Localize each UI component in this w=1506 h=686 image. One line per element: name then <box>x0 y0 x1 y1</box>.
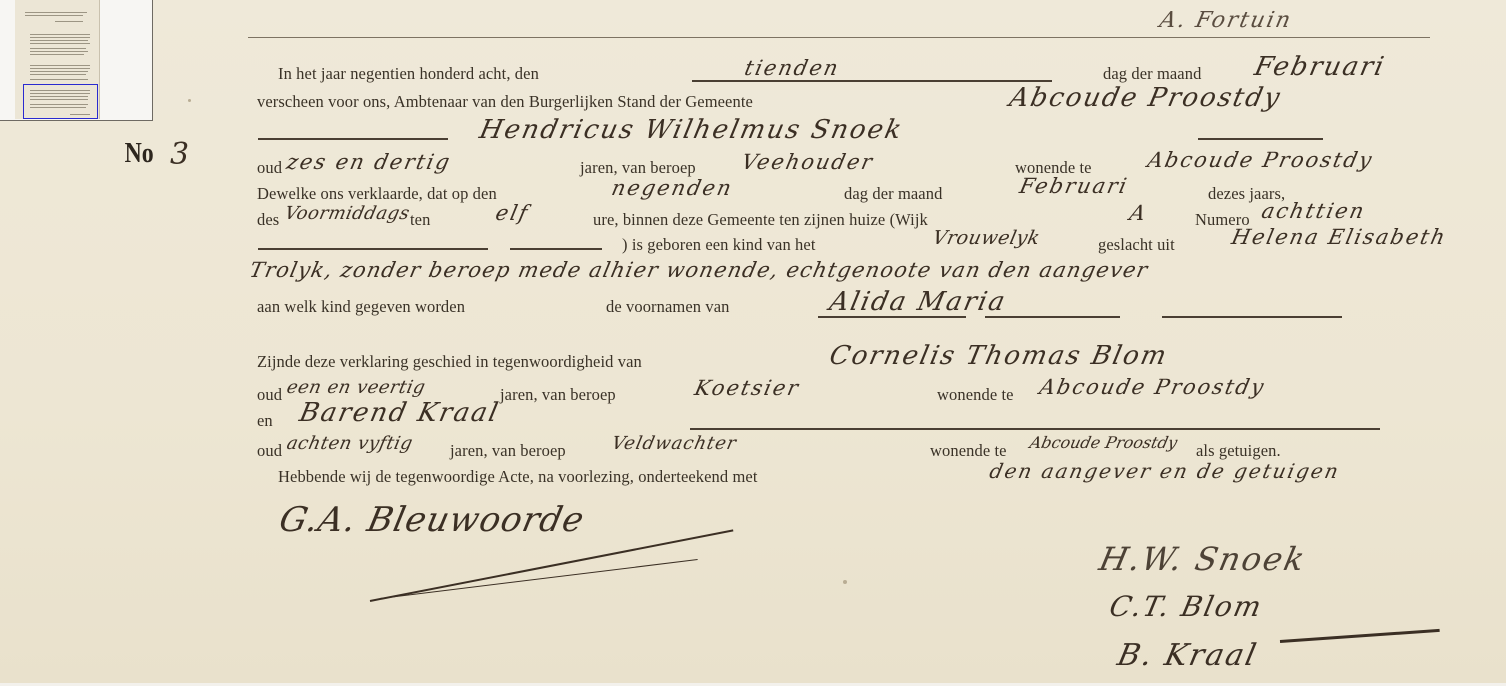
print-text: wonende te <box>937 385 1014 405</box>
print-text: Zijnde deze verklaring geschied in tegen… <box>257 352 642 372</box>
section-divider <box>248 37 1430 38</box>
print-text: verscheen voor ons, Ambtenaar van den Bu… <box>257 92 753 112</box>
signature-flourish <box>1280 629 1440 643</box>
print-text: jaren, van beroep <box>450 441 566 461</box>
hand-house-number: achttien <box>1259 199 1367 223</box>
fill-line <box>690 428 1380 430</box>
hand-daypart: Voormiddags <box>283 203 412 224</box>
record-number: 3 <box>170 137 189 172</box>
hand-witness1-occupation: Koetsier <box>692 376 802 400</box>
record-number-label: No <box>125 138 154 170</box>
hand-mother-name: Helena Elisabeth <box>1229 225 1449 249</box>
hand-month: Februari <box>1252 52 1388 82</box>
fill-line <box>258 248 488 250</box>
minimap-navigator[interactable] <box>0 0 153 121</box>
hand-day: tienden <box>742 56 842 80</box>
hand-witness1-age: een en veertig <box>285 377 428 398</box>
signature-flourish <box>370 529 734 602</box>
signature-witness1: C.T. Blom <box>1106 590 1266 623</box>
print-text: In het jaar negentien honderd acht, den <box>278 64 539 84</box>
print-text: ure, binnen deze Gemeente ten zijnen hui… <box>593 210 928 230</box>
previous-record-signature: A. Fortuin <box>1157 8 1294 33</box>
hand-municipality: Abcoude Proostdy <box>1007 83 1284 113</box>
print-text: als getuigen. <box>1196 441 1281 461</box>
hand-witness2-name: Barend Kraal <box>297 398 503 428</box>
hand-wijk: A <box>1127 201 1149 225</box>
hand-child-names: Alida Maria <box>827 287 1010 317</box>
print-text: dag der maand <box>844 184 942 204</box>
signature-declarant: H.W. Snoek <box>1096 540 1310 578</box>
fill-line <box>985 316 1120 318</box>
print-text: jaren, van beroep <box>580 158 696 178</box>
print-text: wonende te <box>930 441 1007 461</box>
signature-witness2: B. Kraal <box>1114 638 1261 673</box>
paper-spot <box>843 580 847 584</box>
print-text: de voornamen van <box>606 297 729 317</box>
hand-witness1-residence: Abcoude Proostdy <box>1037 375 1267 399</box>
print-text: oud <box>257 385 282 405</box>
print-text: aan welk kind gegeven worden <box>257 297 465 317</box>
fill-line <box>510 248 602 250</box>
hand-birth-day: negenden <box>609 176 735 200</box>
hand-declarant-residence: Abcoude Proostdy <box>1145 148 1375 172</box>
print-text: jaren, van beroep <box>500 385 616 405</box>
hand-declarant-name: Hendricus Wilhelmus Snoek <box>477 115 906 145</box>
hand-declarant-occupation: Veehouder <box>739 150 876 174</box>
signature-official: G.A. Bleuwoorde <box>276 500 588 540</box>
print-text: des <box>257 210 279 230</box>
print-text: geslacht uit <box>1098 235 1175 255</box>
print-text: Dewelke ons verklaarde, dat op den <box>257 184 497 204</box>
print-text: Hebbende wij de tegenwoordige Acte, na v… <box>278 467 758 487</box>
hand-witness2-age: achten vyftig <box>285 433 415 454</box>
print-text: oud <box>257 441 282 461</box>
hand-birth-month: Februari <box>1017 174 1130 198</box>
fill-line <box>258 138 448 140</box>
minimap-viewport-indicator[interactable] <box>23 84 98 119</box>
hand-signing-parties: den aangever en de getuigen <box>987 459 1342 483</box>
paper-spot <box>188 99 191 102</box>
hand-birth-hour: elf <box>493 201 531 225</box>
hand-witness1-name: Cornelis Thomas Blom <box>827 341 1171 371</box>
hand-child-sex: Vrouwelyk <box>931 227 1042 249</box>
hand-mother-details: Trolyk, zonder beroep mede alhier wonend… <box>247 258 1150 282</box>
print-text: dag der maand <box>1103 64 1201 84</box>
print-text: en <box>257 411 273 431</box>
print-text: ) is geboren een kind van het <box>622 235 816 255</box>
fill-line <box>1198 138 1323 140</box>
fill-line <box>818 316 966 318</box>
print-text: ten <box>410 210 430 230</box>
hand-declarant-age: zes en dertig <box>284 150 453 174</box>
fill-line <box>1162 316 1342 318</box>
signature-flourish <box>380 559 698 599</box>
hand-witness2-residence: Abcoude Proostdy <box>1028 433 1179 452</box>
fill-line <box>692 80 1052 82</box>
document-viewer[interactable]: A. Fortuin No 3 In het jaar negentien ho… <box>0 0 1506 683</box>
hand-witness2-occupation: Veldwachter <box>610 433 739 454</box>
print-text: oud <box>257 158 282 178</box>
